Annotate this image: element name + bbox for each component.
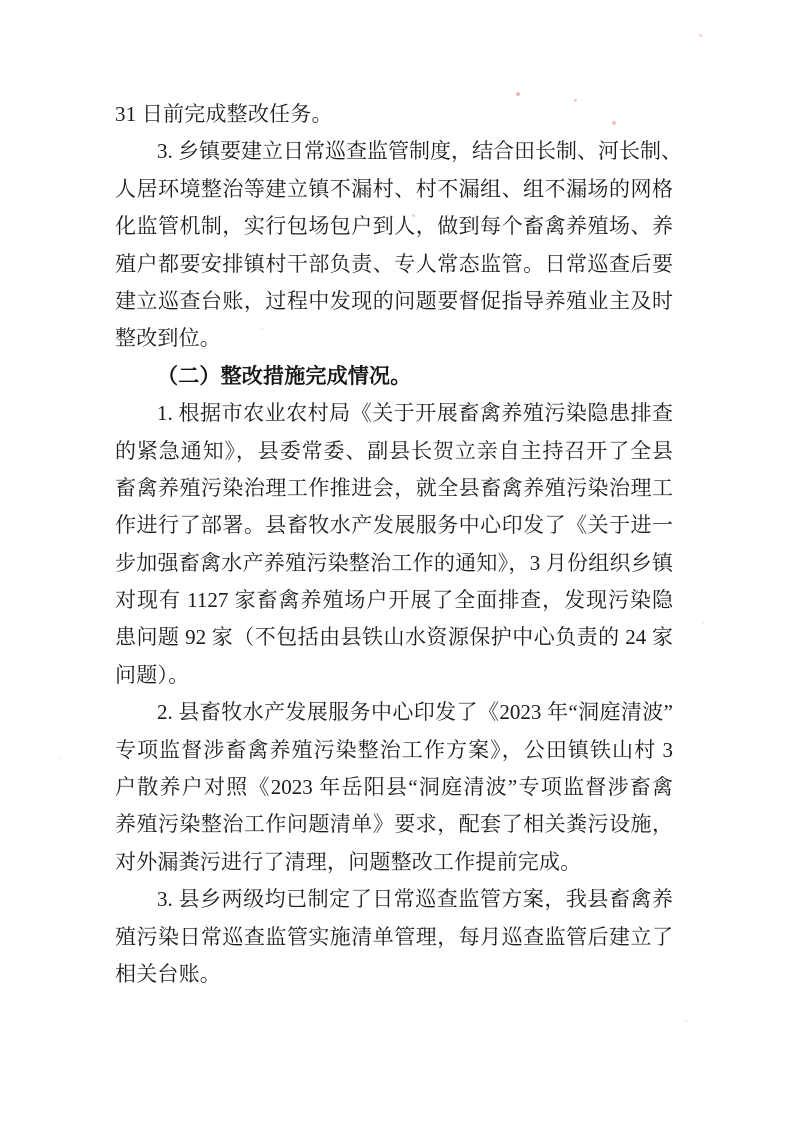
text-line: 整改到位。: [115, 320, 673, 357]
text-line: 31 日前完成整改任务。: [115, 96, 673, 133]
scan-speckle: [702, 622, 704, 624]
text-line: 患问题 92 家（不包括由县铁山水资源保护中心负责的 24 家: [115, 619, 673, 656]
text-line: 化监管机制，实行包场包户到人，做到每个畜禽养殖场、养: [115, 208, 673, 245]
scan-speckle: [58, 758, 60, 760]
text-line: 3. 乡镇要建立日常巡查监管制度，结合田长制、河长制、: [115, 133, 673, 170]
scan-speckle: [699, 34, 702, 37]
text-line: 步加强畜禽水产养殖污染整治工作的通知》，3 月份组织乡镇: [115, 545, 673, 582]
text-line: 养殖污染整治工作问题清单》要求，配套了相关粪污设施，: [115, 806, 673, 843]
text-line: 作进行了部署。县畜牧水产发展服务中心印发了《关于进一: [115, 507, 673, 544]
text-line: 殖户都要安排镇村干部负责、专人常态监管。日常巡查后要: [115, 246, 673, 283]
text-line: 2. 县畜牧水产发展服务中心印发了《2023 年“洞庭清波”: [115, 694, 673, 731]
text-line: 殖污染日常巡查监管实施清单管理，每月巡查监管后建立了: [115, 919, 673, 956]
scan-speckle: [685, 1020, 687, 1022]
text-line: 相关台账。: [115, 956, 673, 993]
text-line: 问题）。: [115, 657, 673, 694]
document-text-block: 31 日前完成整改任务。3. 乡镇要建立日常巡查监管制度，结合田长制、河长制、人…: [115, 96, 673, 993]
section-heading: （二）整改措施完成情况。: [115, 358, 673, 395]
scanned-document-page: 31 日前完成整改任务。3. 乡镇要建立日常巡查监管制度，结合田长制、河长制、人…: [0, 0, 793, 1122]
text-line: 3. 县乡两级均已制定了日常巡查监管方案，我县畜禽养: [115, 881, 673, 918]
text-line: 建立巡查台账，过程中发现的问题要督促指导养殖业主及时: [115, 283, 673, 320]
text-line: 畜禽养殖污染治理工作推进会，就全县畜禽养殖污染治理工: [115, 470, 673, 507]
text-line: 对外漏粪污进行了清理，问题整改工作提前完成。: [115, 844, 673, 881]
text-line: 对现有 1127 家畜禽养殖场户开展了全面排查，发现污染隐: [115, 582, 673, 619]
text-line: 专项监督涉畜禽养殖污染整治工作方案》，公田镇铁山村 3: [115, 732, 673, 769]
text-line: 人居环境整治等建立镇不漏村、村不漏组、组不漏场的网格: [115, 171, 673, 208]
text-line: 1. 根据市农业农村局《关于开展畜禽养殖污染隐患排查: [115, 395, 673, 432]
text-line: 户散养户对照《2023 年岳阳县“洞庭清波”专项监督涉畜禽: [115, 769, 673, 806]
text-line: 的紧急通知》，县委常委、副县长贺立亲自主持召开了全县: [115, 433, 673, 470]
